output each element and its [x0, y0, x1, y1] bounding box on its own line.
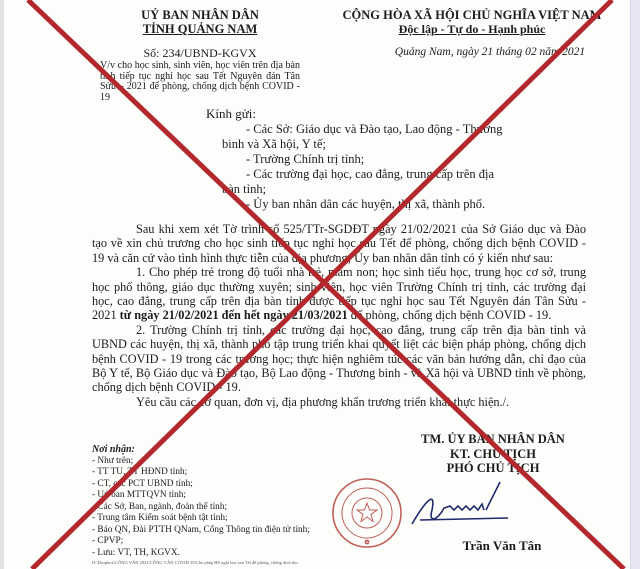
- place-date: Quảng Nam, ngày 21 tháng 02 năm 2021: [360, 46, 620, 58]
- recipient-line: - Trường Chính trị tỉnh;: [246, 152, 586, 167]
- recipient-line: binh và Xã hội, Y tế;: [222, 137, 562, 152]
- handwritten-signature-icon: [408, 480, 518, 530]
- recipients-list: Nơi nhận: - Như trên;- TT TU, TT HĐND tỉ…: [92, 444, 322, 565]
- signer-name: Trần Văn Tân: [392, 538, 612, 554]
- salutation: Kính gửi:: [206, 106, 256, 122]
- document-body: Sau khi xem xét Tờ trình số 525/TTr-SGDĐ…: [92, 222, 586, 409]
- point-2: 2. Trường Chính trị tỉnh, các trường đại…: [92, 323, 586, 395]
- recipient-list-item: - Uỷ ban MTTQVN tỉnh;: [92, 490, 322, 502]
- sig-line1: TM. ỦY BAN NHÂN DÂN: [368, 432, 618, 447]
- issuer-line1: UỶ BAN NHÂN DÂN: [100, 8, 300, 22]
- scrollbar-track[interactable]: [630, 0, 640, 569]
- sig-line3: PHÓ CHỦ TỊCH: [368, 461, 618, 476]
- point-1: 1. Cho phép trẻ trong độ tuổi nhà trẻ, m…: [92, 265, 586, 323]
- recipient-line: - Các Sở: Giáo dục và Đào tạo, Lao động …: [246, 122, 586, 137]
- nation-title: CỘNG HÒA XÃ HỘI CHỦ NGHĨA VIỆT NAM: [322, 8, 622, 22]
- date-range-bold: từ ngày 21/02/2021 đến hết ngày 21/03/20…: [120, 308, 348, 322]
- recipient-line: - Các trường đại học, cao đẳng, trung cấ…: [246, 167, 586, 182]
- nation-motto: Độc lập - Tự do - Hạnh phúc: [322, 22, 622, 36]
- noi-nhan-title: Nơi nhận:: [92, 444, 322, 456]
- recipient-list-item: - TT TU, TT HĐND tỉnh;: [92, 467, 322, 479]
- sig-line2: KT. CHỦ TỊCH: [368, 447, 618, 462]
- national-header: CỘNG HÒA XÃ HỘI CHỦ NGHĨA VIỆT NAM Độc l…: [322, 8, 622, 36]
- recipient-list-item: - Lưu: VT, TH, KGVX.: [92, 548, 322, 560]
- recipient-list-item: - CPVP;: [92, 536, 322, 548]
- signature-title-block: TM. ỦY BAN NHÂN DÂN KT. CHỦ TỊCH PHÓ CHỦ…: [368, 432, 618, 476]
- recipient-line: - Ủy ban nhân dân các huyện, thị xã, thà…: [246, 197, 586, 212]
- file-path-footnote: D:\Dropbox\CÔNG VĂN 2021\CÔNG VĂN COVID …: [92, 560, 322, 565]
- issuer-line2: TỈNH QUẢNG NAM: [100, 22, 300, 36]
- closing-paragraph: Yêu cầu các cơ quan, đơn vị, địa phương …: [92, 395, 586, 409]
- recipient-line: bàn tỉnh;: [222, 182, 562, 197]
- recipient-list-item: - Các Sở, Ban, ngành, đoàn thể tỉnh;: [92, 502, 322, 514]
- document-number: Số: 234/UBND-KGVX: [100, 46, 300, 61]
- recipient-list-item: - Như trên;: [92, 456, 322, 468]
- issuer-header: UỶ BAN NHÂN DÂN TỈNH QUẢNG NAM: [100, 8, 300, 36]
- recipient-list-item: - Báo QN, Đài PTTH QNam, Cổng Thông tin …: [92, 525, 322, 537]
- intro-paragraph: Sau khi xem xét Tờ trình số 525/TTr-SGDĐ…: [92, 222, 586, 265]
- recipient-list-item: - CT, các PCT UBND tỉnh;: [92, 479, 322, 491]
- official-document: UỶ BAN NHÂN DÂN TỈNH QUẢNG NAM CỘNG HÒA …: [0, 0, 631, 569]
- document-subject: V/v cho học sinh, sinh viên, học viên tr…: [100, 61, 300, 103]
- recipient-list-item: - Trung tâm Kiểm soát bệnh tật tỉnh;: [92, 513, 322, 525]
